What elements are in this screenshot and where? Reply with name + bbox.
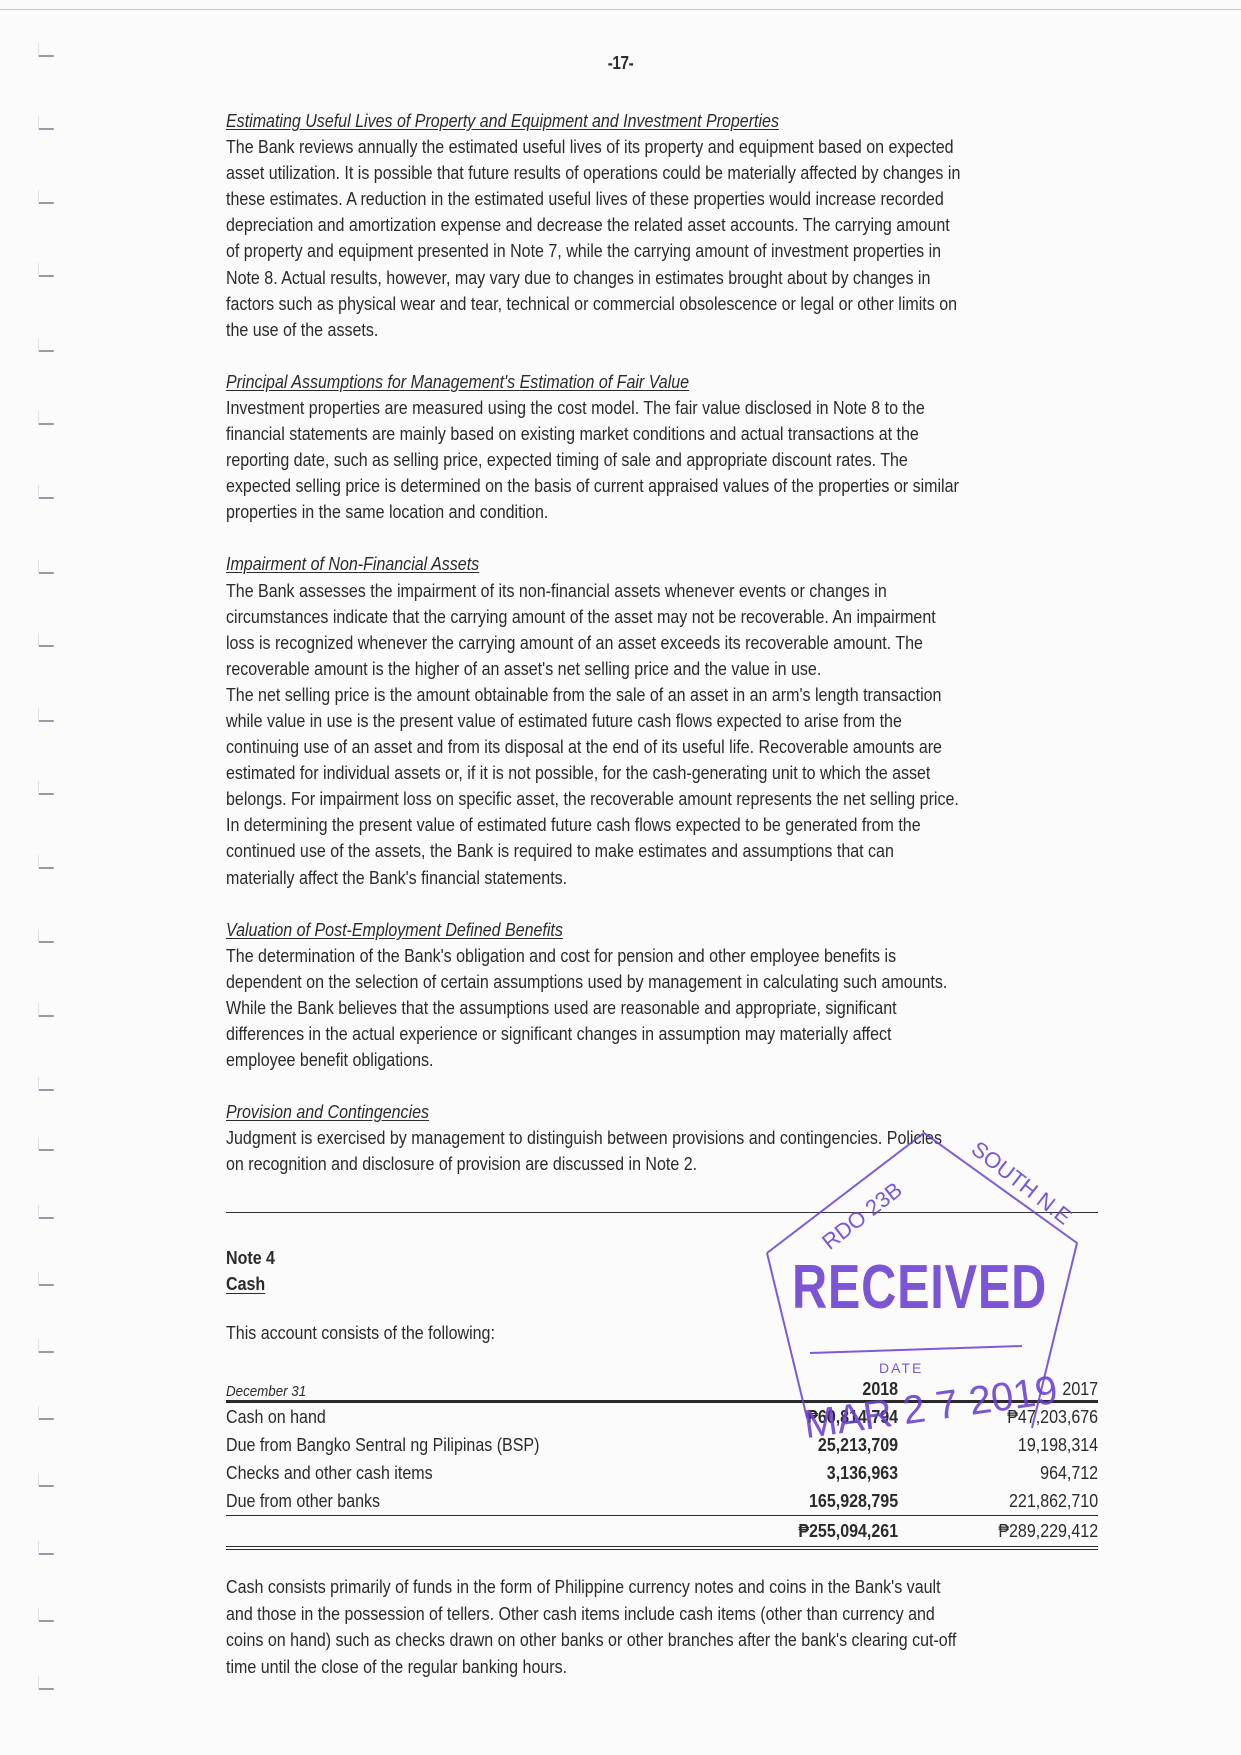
paragraph-line: the use of the assets. <box>226 317 1000 343</box>
paragraph-line: time until the close of the regular bank… <box>226 1654 956 1681</box>
paragraph-line: Investment properties are measured using… <box>226 395 1000 421</box>
section-title: Estimating Useful Lives of Property and … <box>226 108 1000 134</box>
note-number: Note 4 <box>226 1245 275 1271</box>
binding-margin-marks <box>38 0 58 1755</box>
table-row: Cash on hand ₱60,814,794 ₱47,203,676 <box>226 1402 1098 1432</box>
paragraph-line: continuing use of an asset and from its … <box>226 734 1000 760</box>
row-value-2018: 165,928,795 <box>698 1487 898 1516</box>
row-value-2017: 964,712 <box>898 1459 1098 1487</box>
table-header-label: December 31 <box>226 1374 698 1402</box>
paragraph-line: on recognition and disclosure of provisi… <box>226 1151 1000 1177</box>
paragraph-line: Cash consists primarily of funds in the … <box>226 1574 956 1601</box>
paragraph-line: financial statements are mainly based on… <box>226 421 1000 447</box>
paragraph-line: materially affect the Bank's financial s… <box>226 865 1000 891</box>
note-heading: Note 4 Cash <box>226 1245 281 1297</box>
cash-table: December 31 2018 2017 Cash on hand ₱60,8… <box>226 1374 1098 1550</box>
section-provisions: Provision and Contingencies Judgment is … <box>226 1099 1096 1177</box>
section-useful-lives: Estimating Useful Lives of Property and … <box>226 108 1096 343</box>
paragraph-line: asset utilization. It is possible that f… <box>226 160 1000 186</box>
paragraph-line: continued use of the assets, the Bank is… <box>226 838 1000 864</box>
total-value-2017: ₱289,229,412 <box>898 1516 1098 1549</box>
section-fair-value: Principal Assumptions for Management's E… <box>226 369 1096 526</box>
section-divider <box>226 1212 1098 1213</box>
table-row: Due from other banks 165,928,795 221,862… <box>226 1487 1098 1516</box>
row-value-2017: ₱47,203,676 <box>898 1402 1098 1432</box>
paragraph-line: expected selling price is determined on … <box>226 473 1000 499</box>
accounting-estimates-content: Estimating Useful Lives of Property and … <box>226 108 1096 1203</box>
paragraph-line: factors such as physical wear and tear, … <box>226 291 1000 317</box>
paragraph-line: belongs. For impairment loss on specific… <box>226 786 1000 812</box>
section-title: Valuation of Post-Employment Defined Ben… <box>226 917 1000 943</box>
note-closing-paragraph: Cash consists primarily of funds in the … <box>226 1574 1047 1680</box>
section-title: Impairment of Non-Financial Assets <box>226 551 1000 577</box>
paragraph-line: Note 8. Actual results, however, may var… <box>226 265 1000 291</box>
table-row: Checks and other cash items 3,136,963 96… <box>226 1459 1098 1487</box>
page-top-edge <box>0 9 1241 10</box>
table-row: Due from Bangko Sentral ng Pilipinas (BS… <box>226 1431 1098 1459</box>
paragraph-line: loss is recognized whenever the carrying… <box>226 630 1000 656</box>
paragraph-line: The Bank assesses the impairment of its … <box>226 578 1000 604</box>
row-value-2018: ₱60,814,794 <box>698 1402 898 1432</box>
row-label: Checks and other cash items <box>226 1459 698 1487</box>
section-impairment: Impairment of Non-Financial Assets The B… <box>226 551 1096 890</box>
paragraph-line: In determining the present value of esti… <box>226 812 1000 838</box>
section-title: Provision and Contingencies <box>226 1099 1000 1125</box>
table-header-2018: 2018 <box>698 1374 898 1402</box>
paragraph-line: Judgment is exercised by management to d… <box>226 1125 1000 1151</box>
paragraph-line: The Bank reviews annually the estimated … <box>226 134 1000 160</box>
note-title: Cash <box>226 1271 275 1297</box>
paragraph-line: and those in the possession of tellers. … <box>226 1601 956 1628</box>
table-total-row: ₱255,094,261 ₱289,229,412 <box>226 1516 1098 1549</box>
table-header-2017: 2017 <box>898 1374 1098 1402</box>
paragraph-line: properties in the same location and cond… <box>226 499 1000 525</box>
section-title: Principal Assumptions for Management's E… <box>226 369 1000 395</box>
paragraph-line: reporting date, such as selling price, e… <box>226 447 1000 473</box>
row-value-2017: 19,198,314 <box>898 1431 1098 1459</box>
paragraph-line: while value in use is the present value … <box>226 708 1000 734</box>
paragraph-line: of property and equipment presented in N… <box>226 238 1000 264</box>
page-number: -17- <box>93 53 1148 74</box>
table-header-row: December 31 2018 2017 <box>226 1374 1098 1402</box>
row-value-2017: 221,862,710 <box>898 1487 1098 1516</box>
paragraph-line: recoverable amount is the higher of an a… <box>226 656 1000 682</box>
paragraph-line: circumstances indicate that the carrying… <box>226 604 1000 630</box>
row-value-2018: 3,136,963 <box>698 1459 898 1487</box>
paragraph-line: these estimates. A reduction in the esti… <box>226 186 1000 212</box>
note-intro: This account consists of the following: <box>226 1323 495 1344</box>
paragraph-line: coins on hand) such as checks drawn on o… <box>226 1627 956 1654</box>
total-value-2018: ₱255,094,261 <box>698 1516 898 1549</box>
row-label: Due from other banks <box>226 1487 698 1516</box>
section-post-employment: Valuation of Post-Employment Defined Ben… <box>226 917 1096 1074</box>
row-label: Due from Bangko Sentral ng Pilipinas (BS… <box>226 1431 698 1459</box>
paragraph-line: While the Bank believes that the assumpt… <box>226 995 1000 1021</box>
paragraph-line: The determination of the Bank's obligati… <box>226 943 1000 969</box>
paragraph-line: differences in the actual experience or … <box>226 1021 1000 1047</box>
total-label <box>226 1516 698 1549</box>
row-value-2018: 25,213,709 <box>698 1431 898 1459</box>
stamp-received-text: RECEIVED <box>792 1253 1047 1322</box>
paragraph-line: dependent on the selection of certain as… <box>226 969 1000 995</box>
paragraph-line: estimated for individual assets or, if i… <box>226 760 1000 786</box>
paragraph-line: employee benefit obligations. <box>226 1047 1000 1073</box>
paragraph-line: depreciation and amortization expense an… <box>226 212 1000 238</box>
paragraph-line: The net selling price is the amount obta… <box>226 682 1000 708</box>
row-label: Cash on hand <box>226 1402 698 1432</box>
